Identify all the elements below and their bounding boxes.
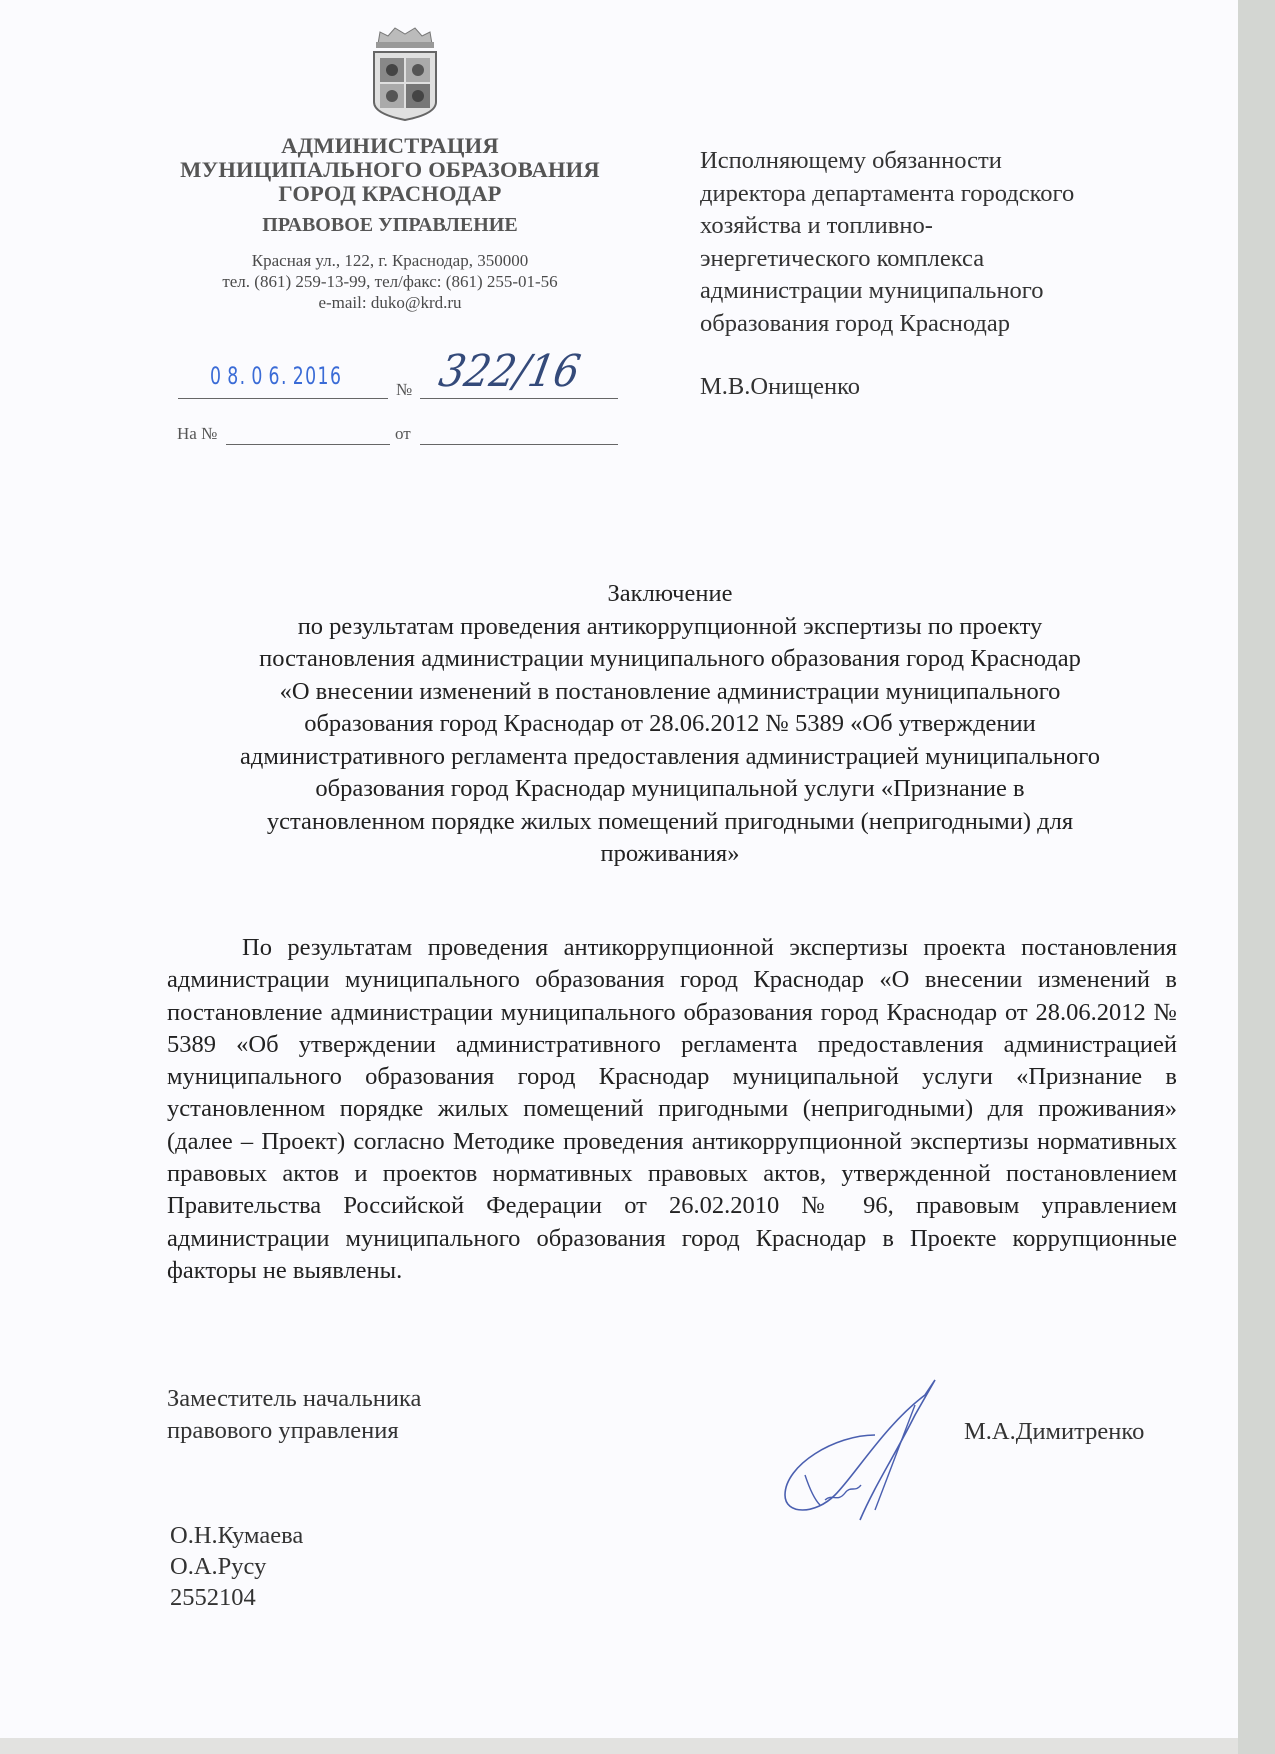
letterhead: АДМИНИСТРАЦИЯ МУНИЦИПАЛЬНОГО ОБРАЗОВАНИЯ… xyxy=(160,134,620,313)
date-stamp: 0 8. 0 6. 2016 xyxy=(210,362,342,390)
reply-to-underline xyxy=(226,444,390,445)
signer-position-line: правового управления xyxy=(167,1415,567,1447)
scan-edge-bottom xyxy=(0,1738,1238,1754)
addressee-line: Исполняющему обязанности xyxy=(700,145,1200,178)
contacts: Красная ул., 122, г. Краснодар, 350000 т… xyxy=(160,250,620,313)
from-underline xyxy=(420,444,618,445)
number-underline xyxy=(420,398,618,399)
subtitle-line: проживания» xyxy=(165,838,1175,871)
executors-block: О.Н.Кумаева О.А.Русу 2552104 xyxy=(170,1520,303,1613)
handwritten-number: 322/16 xyxy=(435,346,584,397)
signer-position: Заместитель начальника правового управле… xyxy=(167,1383,567,1447)
executor-name: О.А.Русу xyxy=(170,1551,303,1582)
subtitle-line: «О внесении изменений в постановление ад… xyxy=(165,676,1175,709)
addressee-line: энергетического комплекса xyxy=(700,243,1200,276)
org-name-line-3: ГОРОД КРАСНОДАР xyxy=(160,182,620,206)
scan-edge-right xyxy=(1238,0,1275,1754)
subtitle-line: административного регламента предоставле… xyxy=(165,741,1175,774)
executor-phone: 2552104 xyxy=(170,1582,303,1613)
document-title: Заключение xyxy=(165,578,1175,611)
handwritten-signature-icon xyxy=(775,1375,975,1525)
reply-to-label: На № xyxy=(177,424,217,444)
number-label: № xyxy=(396,380,412,400)
from-label: от xyxy=(395,424,411,444)
org-name-line-2: МУНИЦИПАЛЬНОГО ОБРАЗОВАНИЯ xyxy=(160,158,620,182)
executor-name: О.Н.Кумаева xyxy=(170,1520,303,1551)
body-paragraph: По результатам проведения антикоррупцион… xyxy=(167,932,1177,1287)
org-name-line-1: АДМИНИСТРАЦИЯ xyxy=(160,134,620,158)
coat-of-arms-icon xyxy=(368,22,442,122)
department-name: ПРАВОВОЕ УПРАВЛЕНИЕ xyxy=(160,214,620,236)
addressee-line: хозяйства и топливно- xyxy=(700,210,1200,243)
signer-position-line: Заместитель начальника xyxy=(167,1383,567,1415)
email: e-mail: duko@krd.ru xyxy=(160,292,620,313)
document-title-block: Заключение по результатам проведения ант… xyxy=(165,578,1175,871)
addressee-block: Исполняющему обязанности директора депар… xyxy=(700,145,1200,404)
date-underline xyxy=(178,398,388,399)
addressee-name: М.В.Онищенко xyxy=(700,371,1200,404)
subtitle-line: постановления администрации муниципально… xyxy=(165,643,1175,676)
addressee-line: директора департамента городского xyxy=(700,178,1200,211)
subtitle-line: по результатам проведения антикоррупцион… xyxy=(165,611,1175,644)
subtitle-line: образования город Краснодар от 28.06.201… xyxy=(165,708,1175,741)
subtitle-line: образования город Краснодар муниципально… xyxy=(165,773,1175,806)
phones: тел. (861) 259-13-99, тел/факс: (861) 25… xyxy=(160,271,620,292)
subtitle-line: установленном порядке жилых помещений пр… xyxy=(165,806,1175,839)
address: Красная ул., 122, г. Краснодар, 350000 xyxy=(160,250,620,271)
signer-name: М.А.Димитренко xyxy=(964,1416,1144,1448)
addressee-line: образования город Краснодар xyxy=(700,308,1200,341)
addressee-line: администрации муниципального xyxy=(700,275,1200,308)
